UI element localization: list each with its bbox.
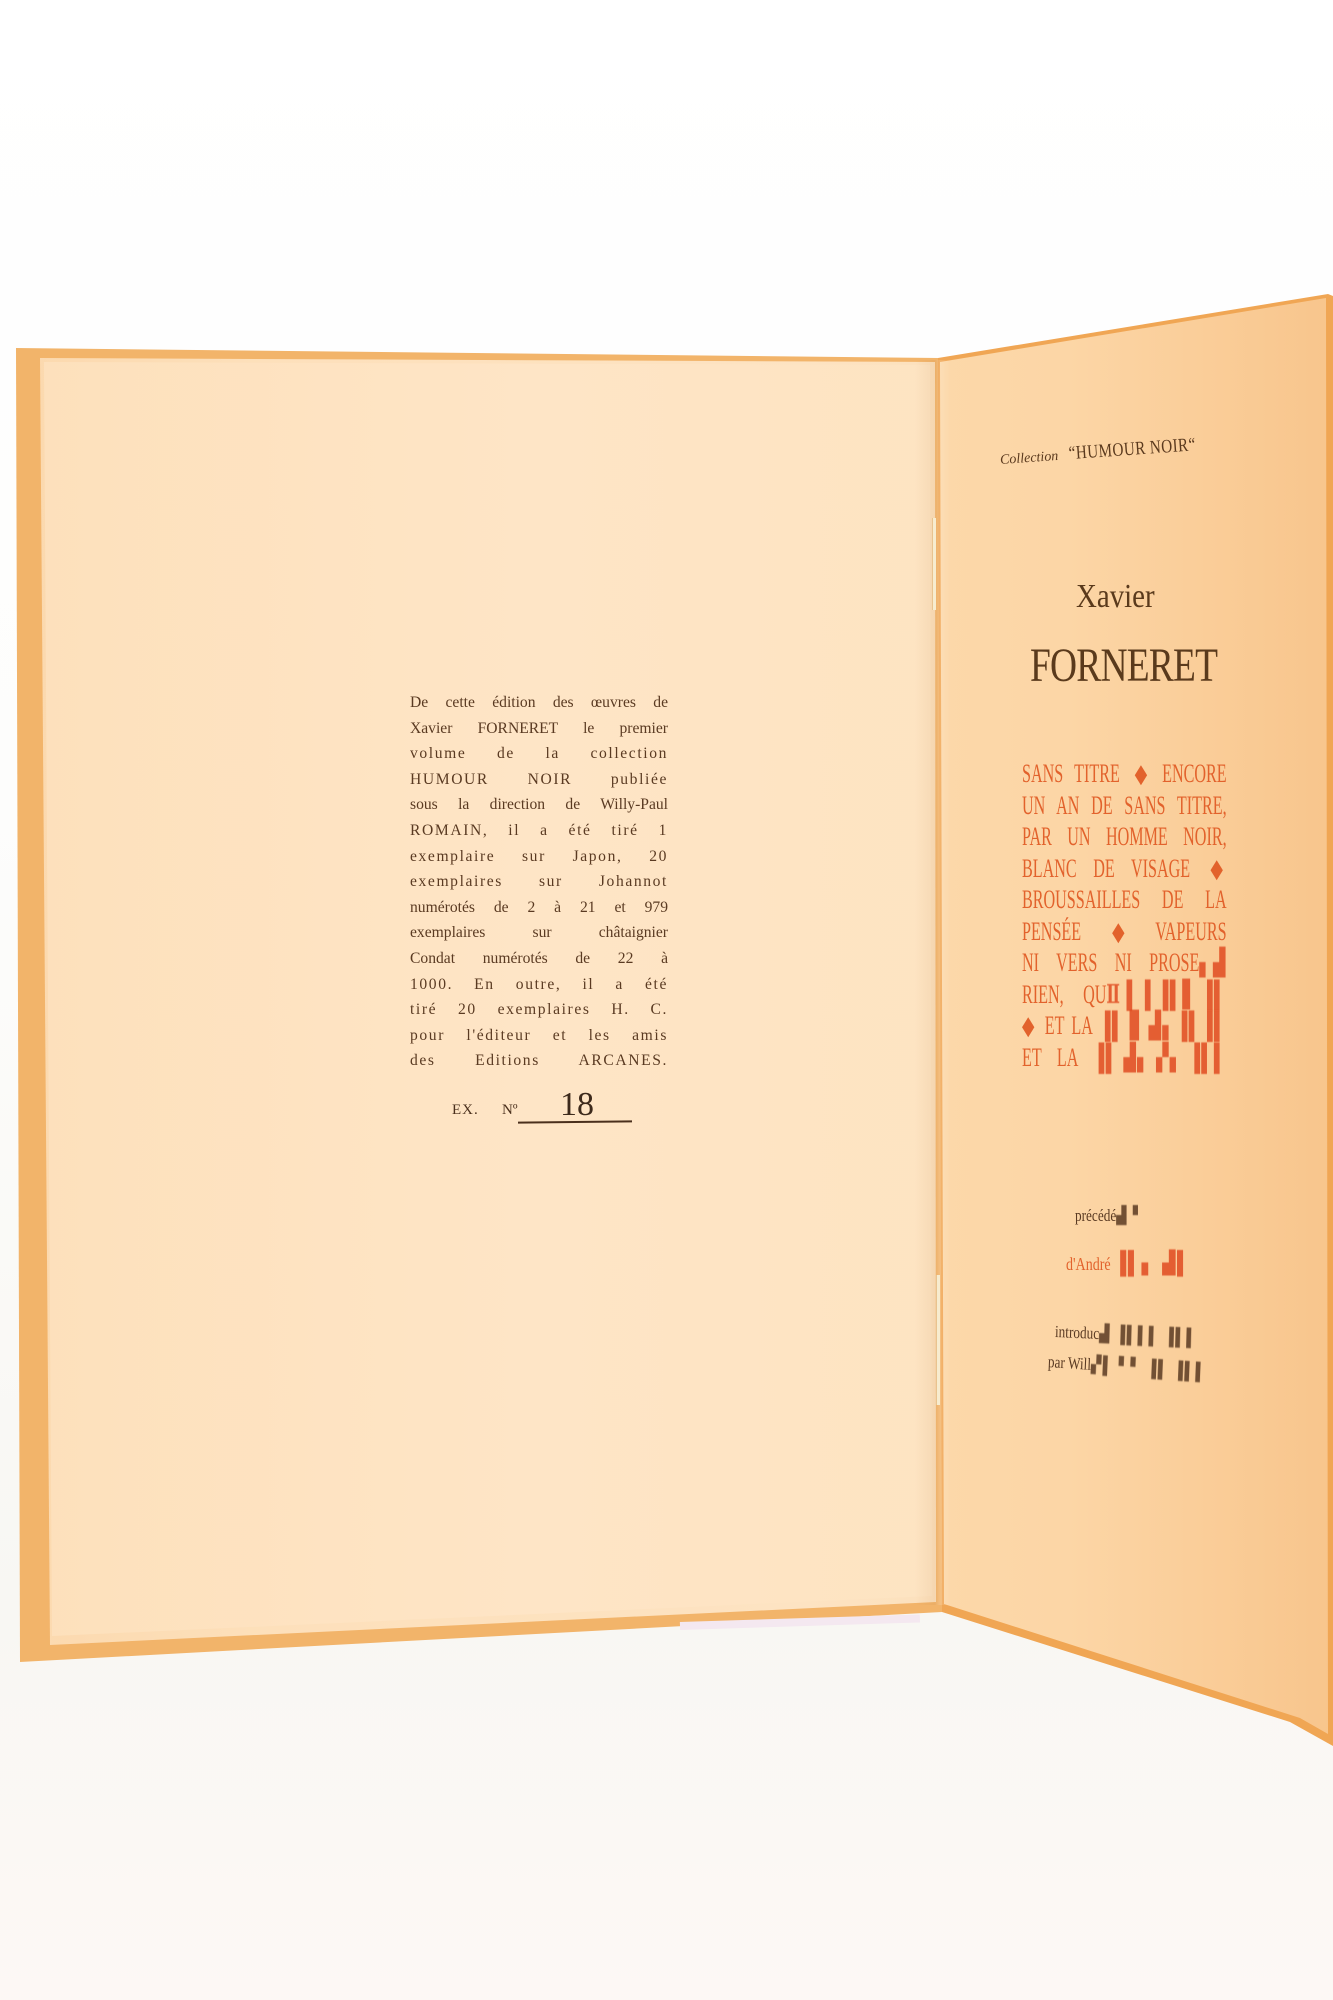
colophon-line: ROMAIN, il a été tiré 1 [410,818,668,844]
colophon-line: pour l'éditeur et les amis [410,1023,668,1049]
number-sign: Nº [502,1102,517,1119]
title-line: PENSÉE ◆ VAPEURS [1022,916,1227,948]
colophon-line: Xavier FORNERET le premier [410,716,668,742]
colophon-line: exemplaire sur Japon, 20 [410,844,668,870]
colophon-line: volume de la collection [410,741,668,767]
copy-number: 18 [560,1086,594,1124]
diamond-icon: ◆ [1210,853,1222,885]
colophon-line: De cette édition des œuvres de [410,690,668,716]
diamond-icon: ◆ [1135,758,1147,790]
title-line: RIEN, QUⅡ ▌▐ ▐▌▋ ▐▌ [1022,979,1227,1011]
book-titles: SANS TITRE ◆ ENCORE UN AN DE SANS TITRE,… [1022,758,1224,1073]
title-line: BROUSSAILLES DE LA [1022,884,1227,916]
preface-author: d'André ▐▌▖ ▟▌ [1066,1250,1191,1276]
author-last-name: FORNERET [1030,638,1217,693]
spine-stitch [936,1275,940,1405]
colophon-line: numérotés de 2 à 21 et 979 [410,895,668,921]
colophon-line: exemplaires sur châtaignier [410,920,668,946]
diamond-icon: ◆ [1112,916,1124,948]
colophon-line: HUMOUR NOIR publiée [410,767,668,793]
title-line: ◆ ET LA ▐▌ ▊ ▟▖▐▌▐▌ [1022,1010,1227,1042]
colophon-line: tiré 20 exemplaires H. C. [410,997,668,1023]
colophon-line: des Editions ARCANES. [410,1048,668,1074]
title-line: SANS TITRE ◆ ENCORE [1022,758,1227,790]
title-line: PAR UN HOMME NOIR, [1022,821,1227,853]
author-first-name: Xavier [1076,578,1155,616]
title-line: NI VERS NI PROSE▖▟ [1022,947,1227,979]
spine-stitch [932,518,936,610]
preface-label: précédé▟ ▘ [1075,1206,1145,1226]
title-line: ET LA ▐▌ ▟▖ ▞▖ ▐▌▌ [1022,1042,1227,1074]
colophon-text: De cette édition des œuvres de Xavier FO… [410,690,668,1074]
title-line: UN AN DE SANS TITRE, [1022,790,1227,822]
copy-number-line: EX. Nº 18 [452,1088,642,1128]
copy-label: EX. [452,1102,479,1119]
colophon-line: Condat numérotés de 22 à [410,946,668,972]
collection-prefix: Collection [1000,449,1059,468]
colophon-line: sous la direction de Willy-Paul [410,792,668,818]
title-line: BLANC DE VISAGE ◆ [1022,853,1227,885]
colophon-line: exemplaires sur Johannot [410,869,668,895]
colophon-line: 1000. En outre, il a été [410,972,668,998]
